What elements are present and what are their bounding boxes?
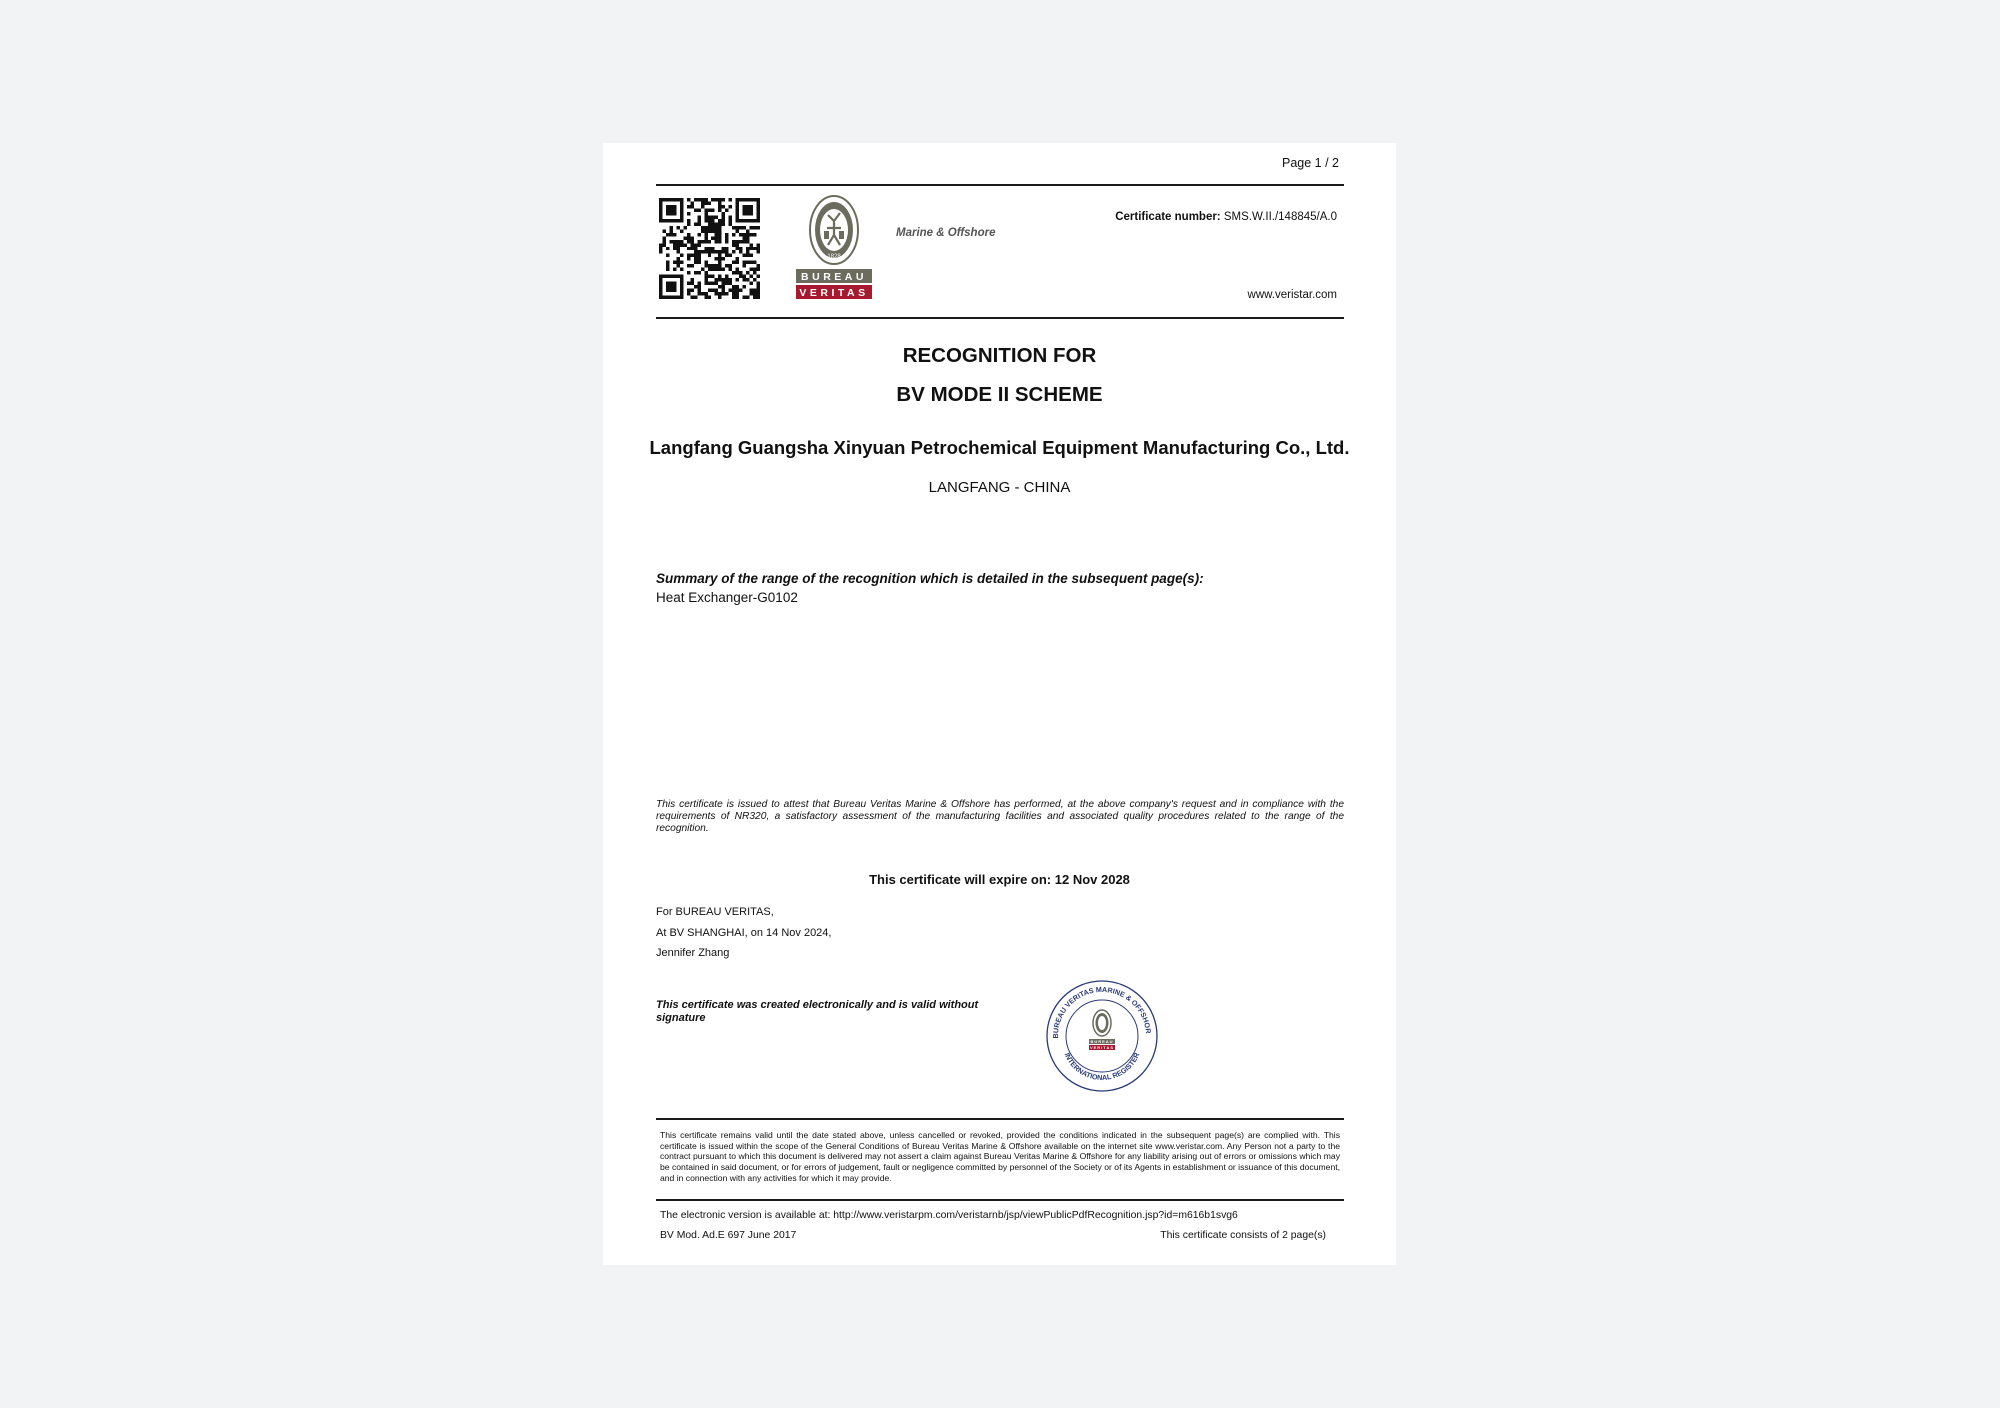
qr-code-icon	[659, 198, 760, 299]
signature-issuer: For BUREAU VERITAS,	[656, 906, 774, 918]
svg-text:BUREAU: BUREAU	[801, 271, 867, 283]
bv-international-register-stamp: BUREAU VERITAS MARINE & OFFSHORE INTERNA…	[1044, 978, 1160, 1094]
bureau-veritas-logo: 1828 BUREAU VERITAS	[794, 195, 874, 303]
form-reference: BV Mod. Ad.E 697 June 2017	[660, 1230, 796, 1241]
svg-text:BUREAU: BUREAU	[1090, 1039, 1113, 1044]
title-line-1: RECOGNITION FOR	[603, 344, 1396, 368]
company-location: LANGFANG - CHINA	[603, 479, 1396, 496]
svg-text:1828: 1828	[827, 254, 841, 260]
division-label: Marine & Offshore	[896, 227, 995, 239]
signature-place-date: At BV SHANGHAI, on 14 Nov 2024,	[656, 927, 831, 939]
expiry-date: This certificate will expire on: 12 Nov …	[603, 872, 1396, 887]
title-line-2: BV MODE II SCHEME	[603, 383, 1396, 407]
svg-text:VERITAS: VERITAS	[799, 287, 868, 299]
electronic-version-link[interactable]: The electronic version is available at: …	[660, 1210, 1238, 1221]
electronic-validity-note: This certificate was created electronica…	[656, 999, 1016, 1025]
page-indicator: Page 1 / 2	[1282, 156, 1339, 170]
footer-top-rule	[656, 1118, 1344, 1120]
header-bottom-rule	[656, 317, 1344, 319]
summary-heading: Summary of the range of the recognition …	[656, 571, 1204, 586]
certificate-page: Page 1 / 2 1828 BUREAU VERITAS Marine & …	[603, 143, 1396, 1265]
terms-text: This certificate remains valid until the…	[660, 1130, 1340, 1184]
certificate-number-value: SMS.W.II./148845/A.0	[1224, 211, 1337, 223]
svg-text:VERITAS: VERITAS	[1090, 1045, 1114, 1050]
page-count-note: This certificate consists of 2 page(s)	[1160, 1230, 1326, 1241]
certificate-number: Certificate number: SMS.W.II./148845/A.0	[1115, 211, 1337, 223]
summary-value: Heat Exchanger-G0102	[656, 590, 798, 605]
certificate-number-label: Certificate number:	[1115, 211, 1220, 223]
attestation-text: This certificate is issued to attest tha…	[656, 799, 1344, 835]
footer-bottom-rule	[656, 1199, 1344, 1201]
signature-name: Jennifer Zhang	[656, 947, 729, 959]
website-link[interactable]: www.veristar.com	[1248, 289, 1337, 301]
header-top-rule	[656, 184, 1344, 186]
company-name: Langfang Guangsha Xinyuan Petrochemical …	[643, 437, 1356, 458]
